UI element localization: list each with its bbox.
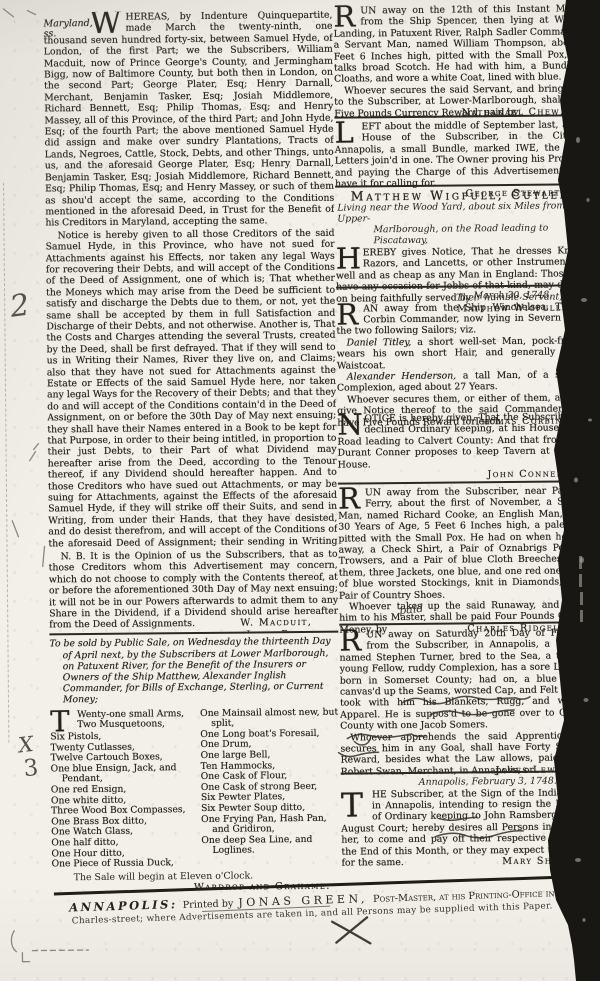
spine-text-mark — [579, 556, 582, 569]
pencil-brace — [11, 931, 16, 952]
band-speckle — [574, 478, 578, 483]
pen-scribbles — [0, 0, 600, 981]
newspaper-page-scan: Maryland, ss.WHEREAS, by Indenture Quinq… — [0, 0, 600, 981]
scribble-underline-august — [439, 817, 477, 820]
band-speckle — [588, 419, 592, 422]
band-speckle — [575, 858, 581, 862]
scribble-strike-1 — [402, 696, 530, 704]
corner-smudge — [3, 9, 35, 17]
pencil-corner — [22, 953, 29, 962]
band-speckle — [584, 698, 589, 702]
scribble-loop — [354, 738, 370, 745]
pencil-stroke — [43, 546, 45, 566]
scribble-strike-4 — [339, 752, 379, 756]
band-speckle — [581, 298, 587, 302]
scribble-strike-2 — [430, 710, 514, 715]
pencil-tick — [30, 444, 39, 461]
spine-text-mark — [580, 610, 583, 622]
page-content: Maryland, ss.WHEREAS, by Indenture Quinq… — [0, 0, 600, 981]
scribble-strike-5 — [435, 831, 523, 839]
spine-text-mark — [580, 592, 583, 605]
scribble-strike-3 — [347, 734, 425, 739]
binding-shadow-band — [548, 0, 600, 981]
band-speckle — [576, 137, 580, 143]
binding-shadow-shape — [548, 0, 600, 981]
band-speckle — [583, 918, 586, 922]
pencil-slash — [12, 521, 18, 537]
band-speckle — [587, 198, 590, 202]
spine-text-mark — [579, 574, 582, 587]
pencil-dashed-line — [32, 950, 88, 951]
